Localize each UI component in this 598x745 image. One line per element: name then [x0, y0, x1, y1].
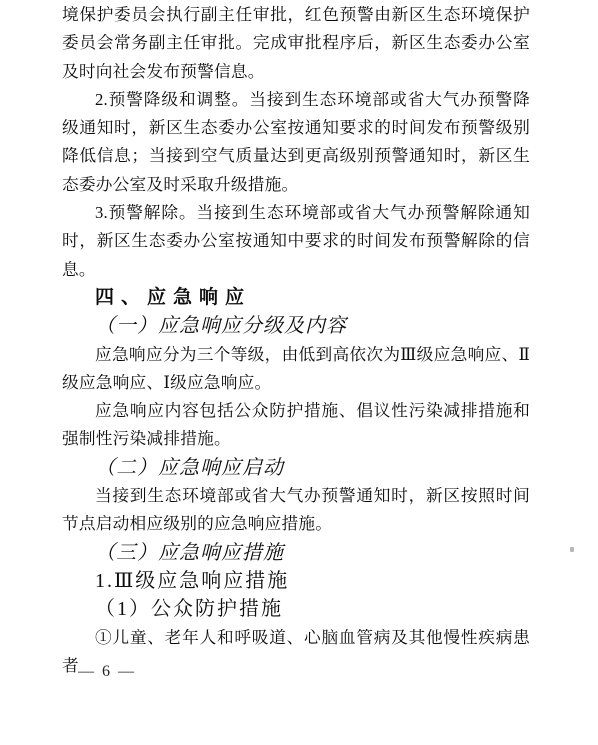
subsection-heading: （一）应急响应分级及内容 [62, 312, 530, 340]
paragraph: 当接到生态环境部或省大气办预警通知时，新区按照时间节点启动相应级别的应急响应措施… [62, 482, 530, 539]
document-page: 境保护委员会执行副主任审批，红色预警由新区生态环境保护委员会常务副主任审批。完成… [0, 0, 598, 745]
paragraph-continuation: 境保护委员会执行副主任审批，红色预警由新区生态环境保护委员会常务副主任审批。完成… [62, 1, 530, 86]
subsection-heading: （二）应急响应启动 [62, 454, 530, 482]
numbered-heading: 1.Ⅲ级应急响应措施 [62, 567, 530, 595]
scan-artifact [570, 547, 574, 552]
paragraph: 应急响应内容包括公众防护措施、倡议性污染减排措施和强制性污染减排措施。 [62, 397, 530, 454]
page-number: — 6 — [78, 663, 136, 681]
paragraph: 应急响应分为三个等级，由低到高依次为Ⅲ级应急响应、Ⅱ级应急响应、Ⅰ级应急响应。 [62, 341, 530, 398]
section-heading: 四、应急响应 [62, 284, 530, 312]
item-heading: （1）公众防护措施 [62, 595, 530, 623]
paragraph: 3.预警解除。当接到生态环境部或省大气办预警解除通知时，新区生态委办公室按通知中… [62, 199, 530, 284]
document-body: 境保护委员会执行副主任审批，红色预警由新区生态环境保护委员会常务副主任审批。完成… [62, 1, 530, 680]
paragraph: 2.预警降级和调整。当接到生态环境部或省大气办预警降级通知时，新区生态委办公室按… [62, 86, 530, 199]
subsection-heading: （三）应急响应措施 [62, 539, 530, 567]
